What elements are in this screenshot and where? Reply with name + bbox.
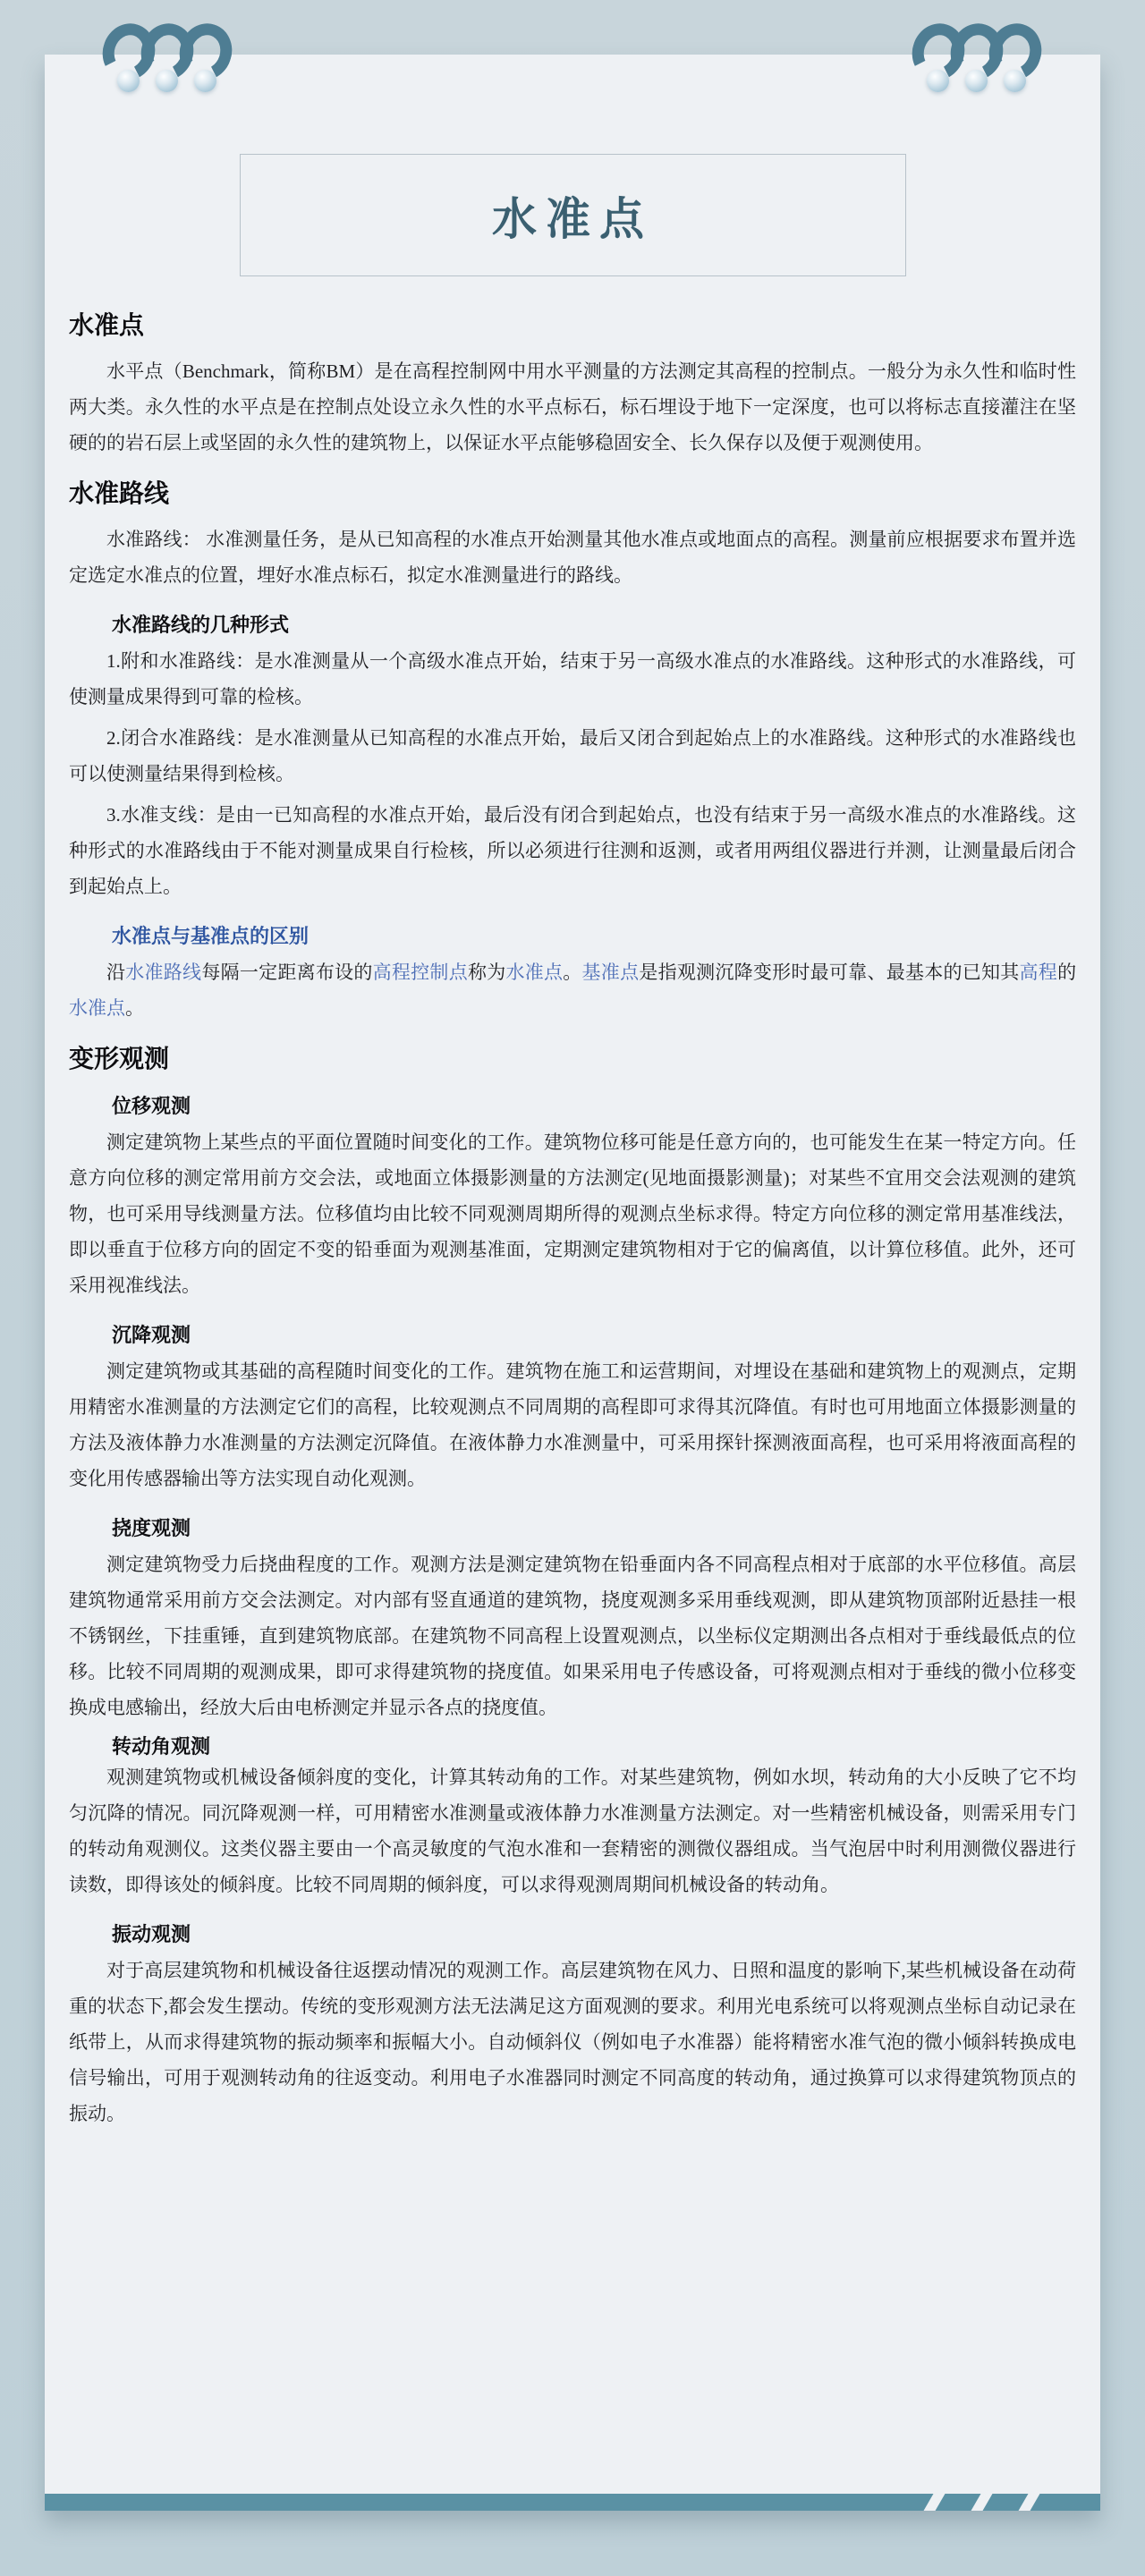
subheading-vibration-observation: 振动观测 bbox=[112, 1922, 1076, 1947]
paragraph-rotation-angle-observation: 观测建筑物或机械设备倾斜度的变化，计算其转动角的工作。对某些建筑物，例如水坝，转… bbox=[69, 1759, 1076, 1902]
inline-link[interactable]: 水准路线 bbox=[125, 962, 201, 983]
inline-link[interactable]: 高程控制点 bbox=[373, 962, 468, 983]
paragraph-settlement-observation: 测定建筑物或其基础的高程随时间变化的工作。建筑物在施工和运营期间，对埋设在基础和… bbox=[69, 1353, 1076, 1496]
ring-arc-icon bbox=[173, 17, 240, 88]
subheading-route-forms: 水准路线的几种形式 bbox=[112, 613, 1076, 638]
subheading-displacement-observation: 位移观测 bbox=[112, 1094, 1076, 1119]
inline-text: 沿 bbox=[106, 962, 125, 983]
ring-arc-icon bbox=[982, 17, 1049, 88]
inline-text: 每隔一定距离布设的 bbox=[201, 962, 372, 983]
paragraph-route-form-1: 1.附和水准路线：是水准测量从一个高级水准点开始，结束于另一高级水准点的水准路线… bbox=[69, 643, 1076, 715]
inline-text: 称为 bbox=[468, 962, 506, 983]
paragraph-displacement-observation: 测定建筑物上某些点的平面位置随时间变化的工作。建筑物位移可能是任意方向的，也可能… bbox=[69, 1124, 1076, 1303]
inline-text: 。 bbox=[125, 997, 144, 1019]
section-heading-benchmark: 水准点 bbox=[69, 310, 1076, 341]
article-content: 水准点 水平点（Benchmark，简称BM）是在高程控制网中用水平测量的方法测… bbox=[45, 310, 1100, 2131]
paragraph-benchmark-vs-datum: 沿水准路线每隔一定距离布设的高程控制点称为水准点。基准点是指观测沉降变形时最可靠… bbox=[69, 954, 1076, 1026]
section-heading-deformation: 变形观测 bbox=[69, 1044, 1076, 1074]
inline-link[interactable]: 水准点 bbox=[506, 962, 564, 983]
paragraph-deflection-observation: 测定建筑物受力后挠曲程度的工作。观测方法是测定建筑物在铅垂面内各不同高程点相对于… bbox=[69, 1546, 1076, 1725]
paragraph-leveling-route-intro: 水准路线： 水准测量任务，是从已知高程的水准点开始测量其他水准点或地面点的高程。… bbox=[69, 521, 1076, 593]
paragraph-route-form-3: 3.水准支线：是由一已知高程的水准点开始，最后没有闭合到起始点，也没有结束于另一… bbox=[69, 797, 1076, 904]
notepad-card: 水准点 水准点 水平点（Benchmark，简称BM）是在高程控制网中用水平测量… bbox=[45, 55, 1100, 2511]
section-heading-leveling-route: 水准路线 bbox=[69, 479, 1076, 509]
subheading-rotation-angle-observation: 转动角观测 bbox=[112, 1734, 1076, 1759]
subheading-settlement-observation: 沉降观测 bbox=[112, 1323, 1076, 1348]
page-title: 水准点 bbox=[492, 183, 653, 248]
subheading-deflection-observation: 挠度观测 bbox=[112, 1516, 1076, 1541]
inline-text: 的 bbox=[1057, 962, 1076, 983]
inline-text: 是指观测沉降变形时最可靠、最基本的已知其 bbox=[639, 962, 1019, 983]
inline-link[interactable]: 基准点 bbox=[582, 962, 640, 983]
paragraph-route-form-2: 2.闭合水准路线：是水准测量从已知高程的水准点开始，最后又闭合到起始点上的水准路… bbox=[69, 720, 1076, 792]
subheading-benchmark-vs-datum: 水准点与基准点的区别 bbox=[112, 924, 1076, 949]
paragraph-vibration-observation: 对于高层建筑物和机械设备往返摆动情况的观测工作。高层建筑物在风力、日照和温度的影… bbox=[69, 1953, 1076, 2131]
binder-ring-icon bbox=[180, 23, 232, 95]
inline-link[interactable]: 高程 bbox=[1020, 962, 1058, 983]
binder-ring-icon bbox=[989, 23, 1041, 95]
inline-text: 。 bbox=[563, 962, 581, 983]
stripe-decoration-icon bbox=[922, 2494, 946, 2511]
title-box: 水准点 bbox=[240, 154, 906, 276]
stripe-decoration-icon bbox=[1017, 2494, 1041, 2511]
bottom-accent-bar bbox=[45, 2494, 1100, 2511]
stripe-decoration-icon bbox=[970, 2494, 994, 2511]
inline-link[interactable]: 水准点 bbox=[69, 997, 125, 1019]
paragraph-benchmark: 水平点（Benchmark，简称BM）是在高程控制网中用水平测量的方法测定其高程… bbox=[69, 353, 1076, 461]
